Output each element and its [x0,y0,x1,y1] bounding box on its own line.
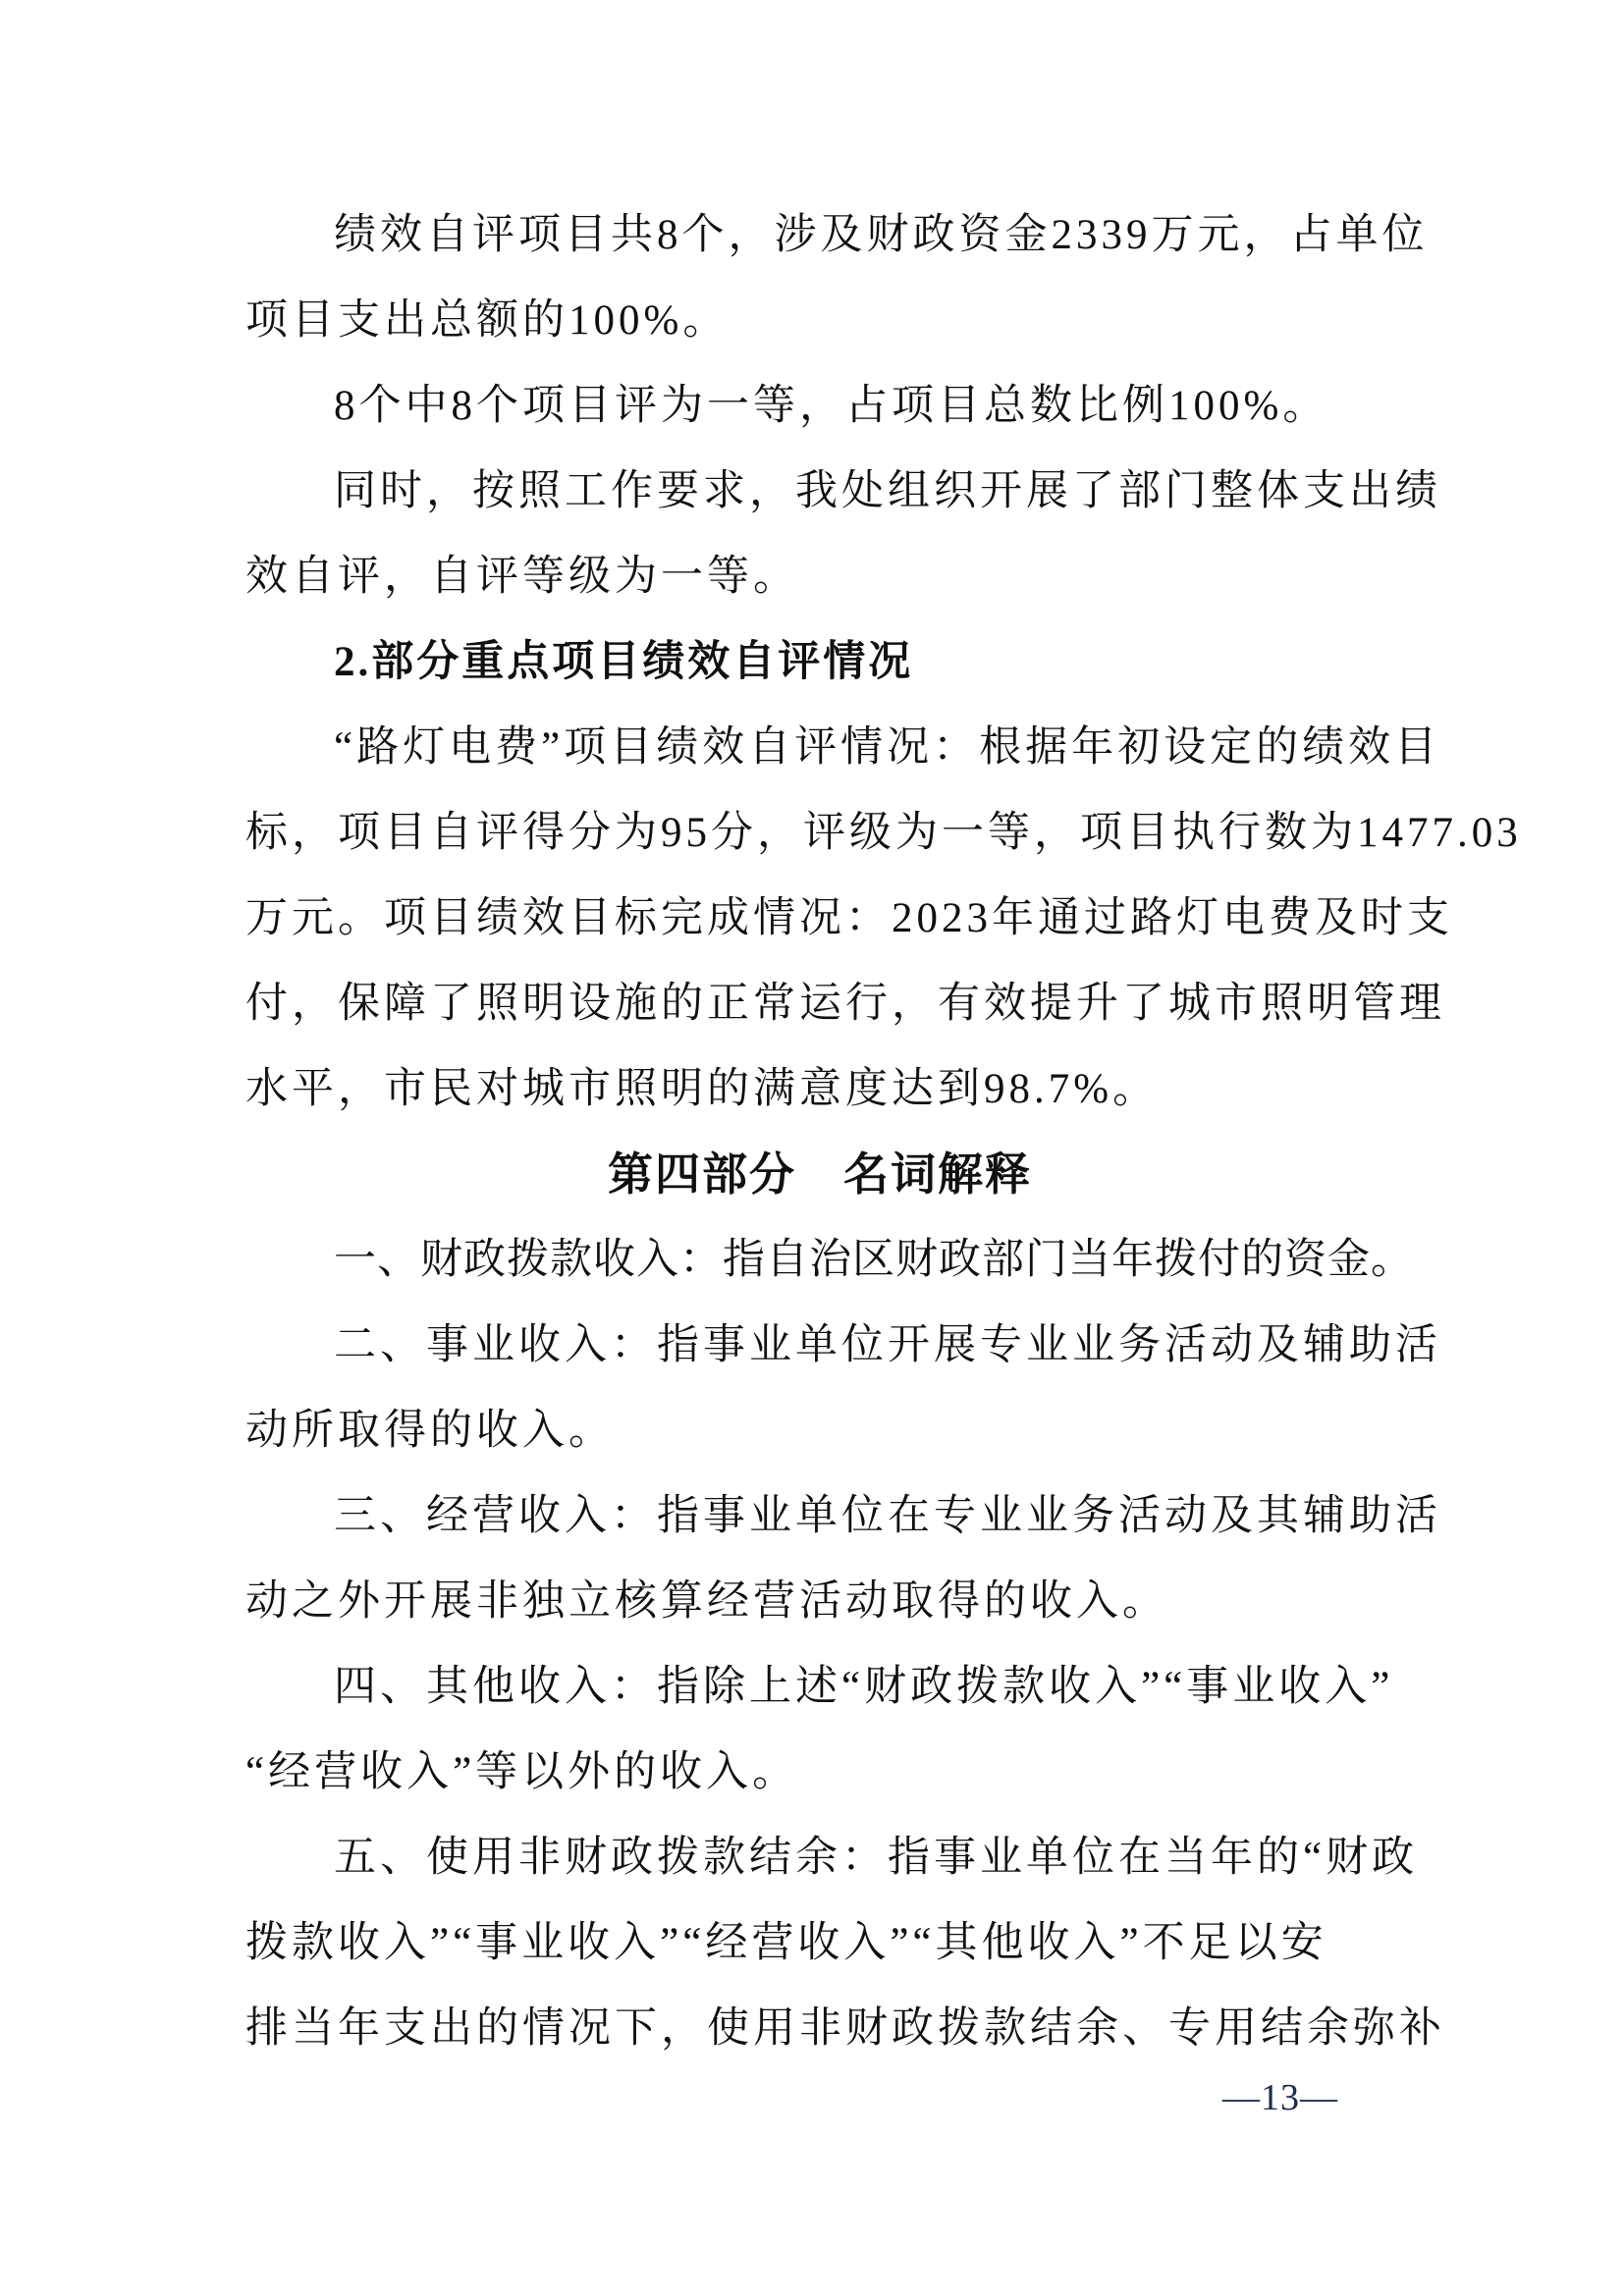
paragraph-line: 动之外开展非独立核算经营活动取得的收入。 [245,1559,1394,1644]
paragraph-line: 排当年支出的情况下，使用非财政拨款结余、专用结余弥补 [245,1986,1394,2071]
paragraph-line: 动所取得的收入。 [245,1388,1394,1473]
paragraph-line: 8个中8个项目评为一等，占项目总数比例100%。 [245,363,1394,449]
paragraph-line: 五、使用非财政拨款结余：指事业单位在当年的“财政 [245,1815,1394,1900]
section-heading: 第四部分 名词解释 [245,1132,1394,1217]
paragraph-line: 绩效自评项目共8个，涉及财政资金2339万元，占单位 [245,192,1394,278]
paragraph-line: 二、事业收入：指事业单位开展专业业务活动及辅助活 [245,1303,1394,1388]
paragraph-line: 效自评，自评等级为一等。 [245,534,1394,619]
paragraph-line: 同时，按照工作要求，我处组织开展了部门整体支出绩 [245,449,1394,534]
document-page: 绩效自评项目共8个，涉及财政资金2339万元，占单位 项目支出总额的100%。 … [0,0,1624,2296]
document-body: 绩效自评项目共8个，涉及财政资金2339万元，占单位 项目支出总额的100%。 … [245,192,1394,2071]
paragraph-line: 四、其他收入：指除上述“财政拨款收入”“事业收入” [245,1644,1394,1730]
page-number: —13— [1222,2073,1338,2122]
paragraph-line: 拨款收入”“事业收入”“经营收入”“其他收入”不足以安 [245,1900,1394,1986]
paragraph-line: 项目支出总额的100%。 [245,278,1394,363]
paragraph-line: 水平，市民对城市照明的满意度达到98.7%。 [245,1046,1394,1132]
paragraph-line: 万元。项目绩效目标完成情况：2023年通过路灯电费及时支 [245,876,1394,961]
paragraph-line: 付，保障了照明设施的正常运行，有效提升了城市照明管理 [245,961,1394,1046]
subsection-heading: 2.部分重点项目绩效自评情况 [245,619,1394,705]
paragraph-line: 三、经营收入：指事业单位在专业业务活动及其辅助活 [245,1473,1394,1559]
paragraph-line: 标，项目自评得分为95分，评级为一等，项目执行数为1477.03 [245,790,1394,876]
paragraph-line: “路灯电费”项目绩效自评情况：根据年初设定的绩效目 [245,705,1394,790]
paragraph-line: “经营收入”等以外的收入。 [245,1730,1394,1815]
paragraph-line: 一、财政拨款收入：指自治区财政部门当年拨付的资金。 [245,1217,1394,1303]
